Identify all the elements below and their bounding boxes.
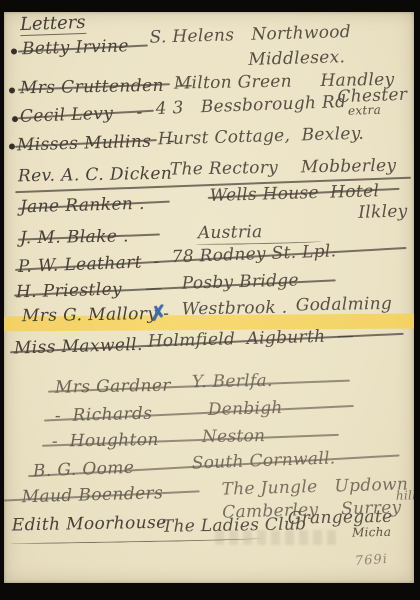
- entry-name: Mrs G. Mallory -: [22, 304, 170, 327]
- entry-address: Y. Berlfa.: [192, 371, 273, 392]
- bullet-dot: [9, 87, 15, 93]
- entry-name: Rev. A. C. Dicken: [18, 164, 173, 187]
- blue-x-marker: ✗: [149, 300, 169, 326]
- entry-address-2: Godalming: [296, 294, 393, 316]
- entry-address: The Rectory Mobberley: [170, 156, 397, 180]
- entry-address-2: Middlesex.: [248, 47, 345, 70]
- entry-address: Westbrook .: [182, 298, 288, 320]
- entry-address: Austria: [198, 222, 263, 243]
- photo-frame: Letters Betty Irvine S. Helens Northwood…: [0, 0, 420, 600]
- manuscript-page: Letters Betty Irvine S. Helens Northwood…: [4, 12, 414, 583]
- entry-name: Edith Moorhouse: [12, 513, 167, 536]
- letter-entry: Edith Moorhouse The Ladies Club Grangega…: [4, 508, 414, 559]
- entry-address: The Jungle Updown: [221, 474, 408, 499]
- entry-address-3: extra: [348, 103, 382, 118]
- catalog-number: 769i: [355, 552, 389, 569]
- entry-address-2: Ilkley: [358, 201, 408, 222]
- entry-address-3: Micha: [352, 525, 391, 540]
- page-title: Letters: [20, 12, 86, 36]
- bullet-dot: [11, 48, 17, 54]
- faint-stamp: [215, 530, 337, 545]
- entry-address: S. Helens Northwood: [149, 22, 351, 48]
